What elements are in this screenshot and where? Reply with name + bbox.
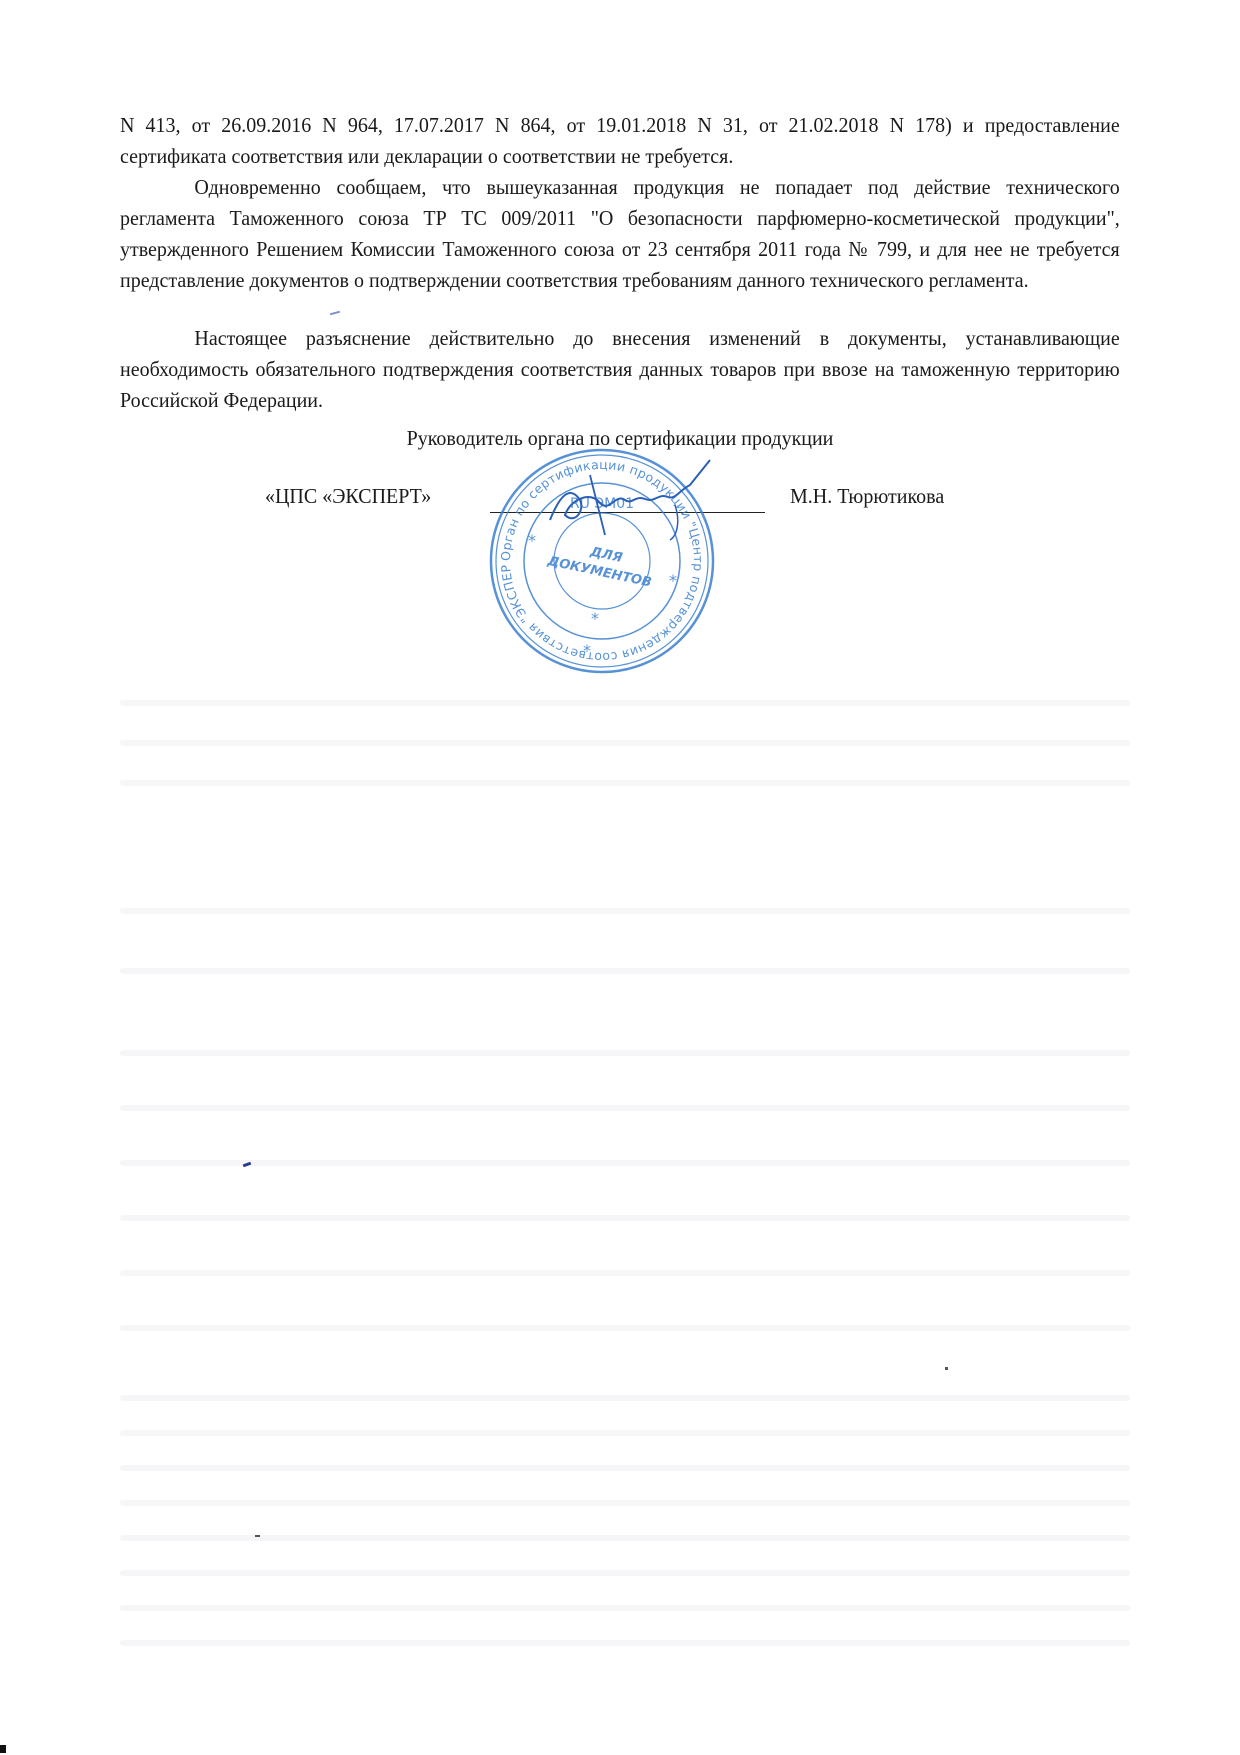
paragraph-text: Настоящее разъяснение действительно до в…	[120, 323, 1120, 416]
handwritten-signature-icon	[540, 455, 720, 545]
bleed-through-line	[120, 1270, 1130, 1276]
bleed-through-line	[120, 740, 1130, 746]
bleed-through-line	[120, 1325, 1130, 1331]
document-page: N 413, от 26.09.2016 N 964, 17.07.2017 N…	[0, 0, 1240, 1755]
scan-speck	[0, 1745, 6, 1753]
scan-speck	[945, 1367, 948, 1370]
bleed-through-line	[120, 1430, 1130, 1436]
bleed-through-line	[120, 700, 1130, 706]
paragraph-text: Одновременно сообщаем, что вышеуказанная…	[120, 172, 1120, 296]
bleed-through-line	[120, 908, 1130, 914]
signatory-name: М.Н. Тюрютикова	[790, 484, 944, 509]
bleed-through-line	[120, 1395, 1130, 1401]
bleed-through-line	[120, 1465, 1130, 1471]
bleed-through-line	[120, 1535, 1130, 1541]
paragraph-tr-ts-notice: Одновременно сообщаем, что вышеуказанная…	[120, 172, 1120, 296]
svg-text:*: *	[528, 531, 536, 550]
bleed-through-line	[120, 968, 1130, 974]
bleed-through-line	[120, 1605, 1130, 1611]
bleed-through-line	[120, 780, 1130, 786]
bleed-through-line	[120, 1500, 1130, 1506]
svg-text:*: *	[583, 641, 591, 660]
bleed-through-line	[120, 1640, 1130, 1646]
paragraph-regulations-continued: N 413, от 26.09.2016 N 964, 17.07.2017 N…	[120, 110, 1120, 172]
paragraph-text: N 413, от 26.09.2016 N 964, 17.07.2017 N…	[120, 110, 1120, 172]
scan-speck	[330, 311, 340, 316]
bleed-through-line	[120, 1160, 1130, 1166]
bleed-through-line	[120, 1215, 1130, 1221]
bleed-through-line	[120, 1105, 1130, 1111]
svg-text:*: *	[591, 609, 599, 628]
scan-speck	[255, 1535, 260, 1537]
bleed-through-line	[120, 1050, 1130, 1056]
bleed-through-line	[120, 1570, 1130, 1576]
paragraph-validity-notice: Настоящее разъяснение действительно до в…	[120, 323, 1120, 416]
svg-text:*: *	[669, 571, 677, 590]
signatory-organization: «ЦПС «ЭКСПЕРТ»	[265, 484, 431, 509]
